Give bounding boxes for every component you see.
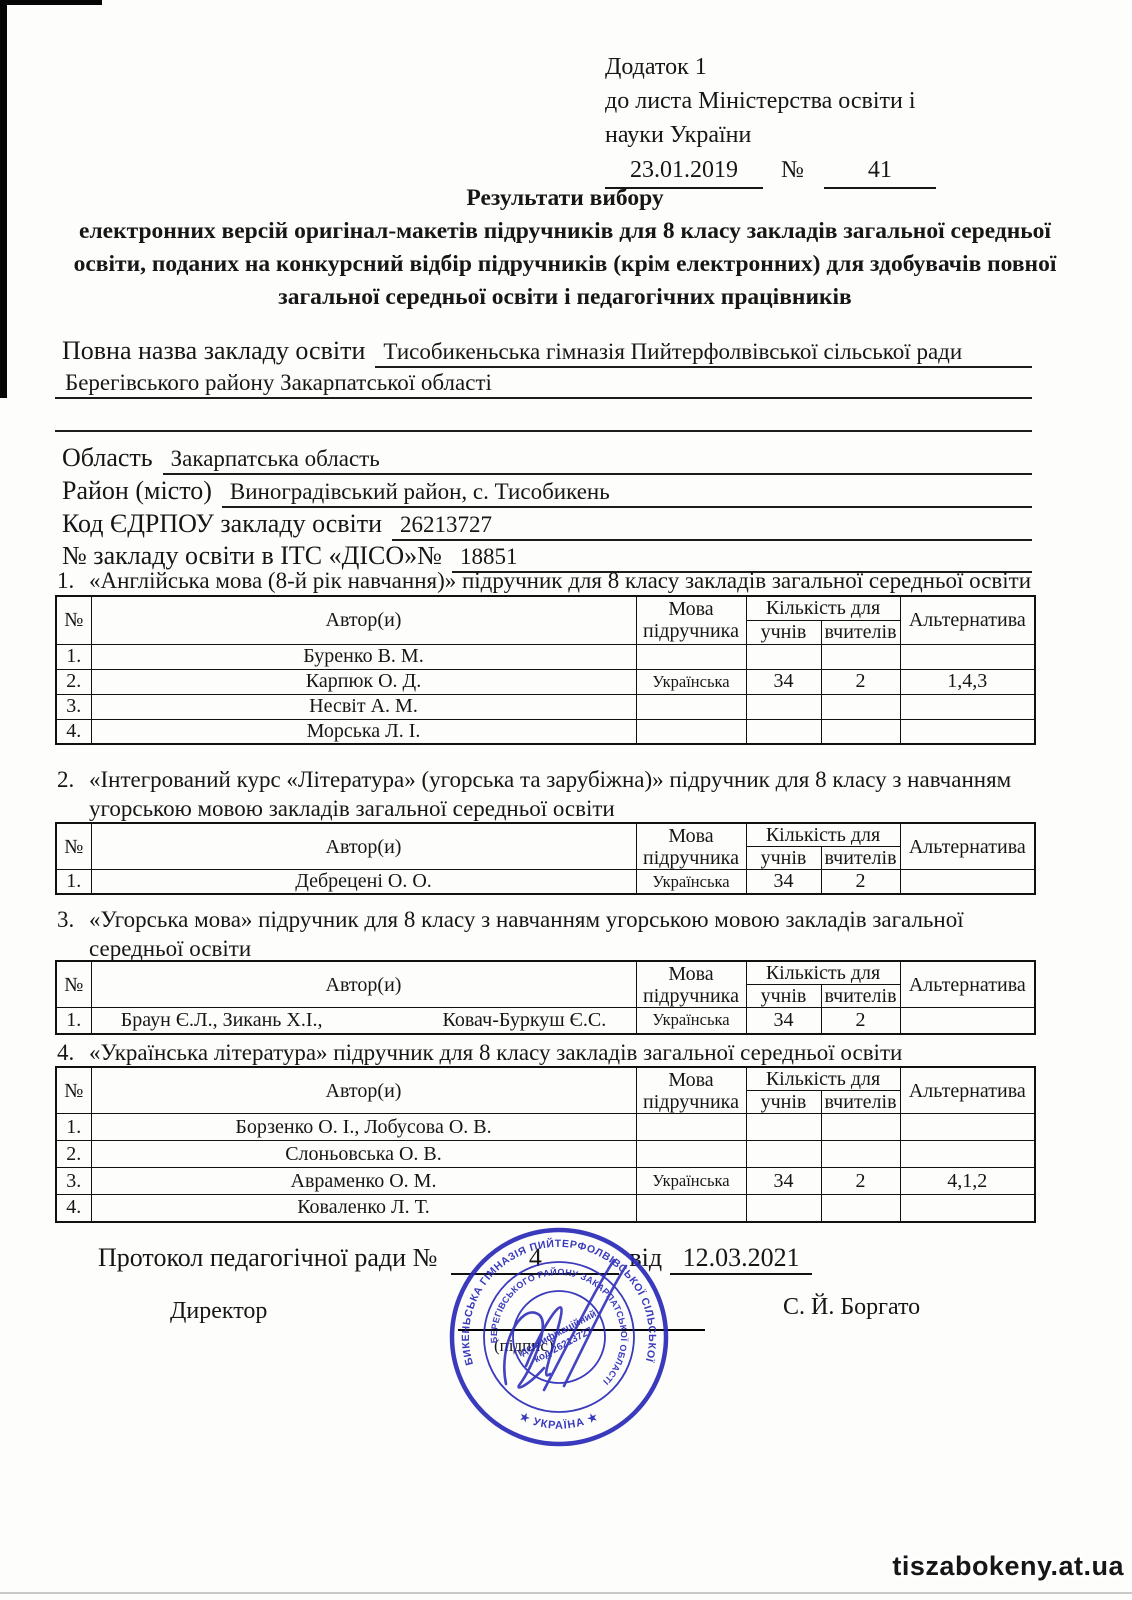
table-row: 1. Буренко В. М. (56, 644, 1035, 669)
cell-authors: Буренко В. М. (91, 644, 636, 669)
field-label-school: Повна назва закладу освіти (62, 336, 375, 366)
section-2-number: 2. (57, 765, 89, 823)
cell-students: 34 (746, 1168, 821, 1195)
scan-edge-artifact (0, 0, 7, 398)
col-header-num: № (56, 596, 91, 644)
col-header-num: № (56, 1067, 91, 1114)
protocol-date: 12.03.2021 (670, 1243, 812, 1275)
section-3-title: 3. «Угорська мова» підручник для 8 класу… (57, 905, 1047, 963)
document-title: Результати вибору електронних версій ори… (58, 182, 1072, 314)
cell-authors: Несвіт А. М. (91, 694, 636, 719)
cell-teachers: 2 (821, 870, 900, 895)
field-region: Область Закарпатська область (62, 443, 1032, 475)
table-hungarian: № Автор(и) Мова підручника Кількість для… (55, 960, 1036, 1035)
cell-authors: Борзенко О. І., Лобусова О. В. (91, 1114, 636, 1141)
col-header-alternative: Альтернатива (900, 961, 1035, 1008)
document-title-line-1: Результати вибору (58, 182, 1072, 215)
letter-header: Додаток 1 до листа Міністерства освіти і… (605, 50, 936, 189)
section-1-title: 1. «Англійська мова (8-й рік навчання)» … (57, 566, 1047, 595)
col-header-count-for: Кількість для (746, 961, 900, 985)
cell-authors: Карпюк О. Д. (91, 669, 636, 694)
cell-authors-part1: Браун Є.Л., Зикань Х.І., (121, 1009, 323, 1031)
section-3-number: 3. (57, 905, 89, 963)
header-line-2: до листа Міністерства освіти і (605, 84, 936, 118)
field-label-edrpou: Код ЄДРПОУ закладу освіти (62, 509, 392, 539)
table-english: № Автор(и) Мова підручника Кількість для… (55, 595, 1036, 745)
cell-alternative (900, 1141, 1035, 1168)
scanned-document-page: Додаток 1 до листа Міністерства освіти і… (0, 0, 1132, 1600)
cell-teachers: 2 (821, 1168, 900, 1195)
cell-language: Українська (636, 669, 746, 694)
field-school-name: Повна назва закладу освіти Тисобикеньськ… (62, 336, 1032, 368)
col-header-count-for: Кількість для (746, 596, 900, 620)
field-label-district: Район (місто) (62, 476, 222, 506)
col-header-alternative: Альтернатива (900, 823, 1035, 870)
cell-students (746, 644, 821, 669)
col-header-teachers: вчителів (821, 847, 900, 870)
field-value-district: Виноградівський район, с. Тисобикень (222, 479, 1032, 508)
document-title-body: електронних версій оригінал-макетів підр… (58, 215, 1072, 314)
cell-teachers (821, 1114, 900, 1141)
field-label-region: Область (62, 443, 163, 473)
col-header-alternative: Альтернатива (900, 596, 1035, 644)
cell-num: 2. (56, 1141, 91, 1168)
scan-bottom-line (0, 1592, 1132, 1594)
cell-num: 4. (56, 1195, 91, 1222)
cell-language (636, 644, 746, 669)
section-3-text: «Угорська мова» підручник для 8 класу з … (89, 905, 1047, 963)
cell-num: 1. (56, 870, 91, 895)
cell-language: Українська (636, 870, 746, 895)
col-header-num: № (56, 961, 91, 1008)
cell-students: 34 (746, 870, 821, 895)
cell-language (636, 1114, 746, 1141)
table-row: 4. Морська Л. І. (56, 719, 1035, 744)
table-literature: № Автор(и) Мова підручника Кількість для… (55, 822, 1036, 895)
cell-students: 34 (746, 1008, 821, 1034)
cell-num: 3. (56, 694, 91, 719)
col-header-count-for: Кількість для (746, 823, 900, 847)
section-4-text: «Українська література» підручник для 8 … (89, 1038, 1047, 1067)
cell-num: 1. (56, 644, 91, 669)
section-2-text: «Інтегрований курс «Література» (угорськ… (89, 765, 1047, 823)
col-header-language: Мова підручника (636, 961, 746, 1008)
site-watermark: tiszabokeny.at.ua (892, 1551, 1124, 1582)
cell-students (746, 1195, 821, 1222)
col-header-students: учнів (746, 847, 821, 870)
col-header-authors: Автор(и) (91, 596, 636, 644)
cell-language (636, 694, 746, 719)
director-name: С. Й. Боргато (783, 1294, 920, 1321)
cell-num: 1. (56, 1114, 91, 1141)
cell-students (746, 1141, 821, 1168)
table-row: 2. Слоньовська О. В. (56, 1141, 1035, 1168)
table-row: 3. Несвіт А. М. (56, 694, 1035, 719)
field-value-school-line2: Берегівського району Закарпатської облас… (55, 370, 1032, 399)
cell-language (636, 1141, 746, 1168)
cell-authors: Коваленко Л. Т. (91, 1195, 636, 1222)
cell-students: 34 (746, 669, 821, 694)
col-header-students: учнів (746, 985, 821, 1008)
col-header-students: учнів (746, 620, 821, 644)
stamp-bottom-text: ★ УКРАЇНА ★ (517, 1410, 600, 1431)
col-header-teachers: вчителів (821, 985, 900, 1008)
col-header-authors: Автор(и) (91, 1067, 636, 1114)
cell-teachers (821, 1195, 900, 1222)
cell-alternative (900, 719, 1035, 744)
col-header-teachers: вчителів (821, 1091, 900, 1114)
col-header-language: Мова підручника (636, 823, 746, 870)
field-value-edrpou: 26213727 (392, 512, 1032, 541)
section-4-title: 4. «Українська література» підручник для… (57, 1038, 1047, 1067)
official-round-stamp: ТИСОБИКЕНЬСЬКА ГІМНАЗІЯ ПИЙТЕРФОЛВІВСЬКО… (448, 1226, 670, 1448)
col-header-count-for: Кількість для (746, 1067, 900, 1091)
col-header-language: Мова підручника (636, 596, 746, 644)
cell-alternative: 1,4,3 (900, 669, 1035, 694)
field-value-region: Закарпатська область (163, 446, 1032, 475)
col-header-authors: Автор(и) (91, 823, 636, 870)
header-line-3: науки України (605, 118, 936, 152)
cell-num: 1. (56, 1008, 91, 1034)
cell-students (746, 719, 821, 744)
header-no-sign: № (781, 157, 804, 183)
cell-alternative: 4,1,2 (900, 1168, 1035, 1195)
cell-students (746, 694, 821, 719)
cell-teachers (821, 644, 900, 669)
col-header-students: учнів (746, 1091, 821, 1114)
cell-teachers: 2 (821, 1008, 900, 1034)
cell-authors: Слоньовська О. В. (91, 1141, 636, 1168)
field-value-school: Тисобикеньська гімназія Пийтерфолвівсько… (375, 339, 1032, 368)
col-header-language: Мова підручника (636, 1067, 746, 1114)
section-1-text: «Англійська мова (8-й рік навчання)» під… (89, 566, 1047, 595)
cell-teachers (821, 719, 900, 744)
svg-text:★ УКРАЇНА ★: ★ УКРАЇНА ★ (517, 1410, 600, 1431)
cell-alternative (900, 1008, 1035, 1034)
cell-language: Українська (636, 1008, 746, 1034)
cell-num: 2. (56, 669, 91, 694)
cell-language: Українська (636, 1168, 746, 1195)
header-line-1: Додаток 1 (605, 50, 936, 84)
col-header-alternative: Альтернатива (900, 1067, 1035, 1114)
section-4-number: 4. (57, 1038, 89, 1067)
col-header-authors: Автор(и) (91, 961, 636, 1008)
cell-authors: Морська Л. І. (91, 719, 636, 744)
cell-alternative (900, 644, 1035, 669)
protocol-label: Протокол педагогічної ради № (98, 1243, 437, 1273)
empty-underline (55, 404, 1032, 432)
cell-language (636, 719, 746, 744)
cell-language (636, 1195, 746, 1222)
cell-teachers (821, 694, 900, 719)
field-edrpou: Код ЄДРПОУ закладу освіти 26213727 (62, 509, 1032, 541)
table-row: 4. Коваленко Л. Т. (56, 1195, 1035, 1222)
cell-alternative (900, 870, 1035, 895)
section-1-number: 1. (57, 566, 89, 595)
cell-alternative (900, 694, 1035, 719)
cell-authors: Авраменко О. М. (91, 1168, 636, 1195)
scan-edge-artifact (0, 0, 102, 5)
col-header-num: № (56, 823, 91, 870)
table-ukrainian-literature: № Автор(и) Мова підручника Кількість для… (55, 1066, 1036, 1223)
cell-authors: Браун Є.Л., Зикань Х.І.,Ковач-Буркуш Є.С… (91, 1008, 636, 1034)
cell-num: 3. (56, 1168, 91, 1195)
field-school-name-line2: Берегівського району Закарпатської облас… (55, 370, 1032, 399)
cell-alternative (900, 1195, 1035, 1222)
table-row: 1. Браун Є.Л., Зикань Х.І.,Ковач-Буркуш … (56, 1008, 1035, 1034)
cell-teachers: 2 (821, 669, 900, 694)
cell-alternative (900, 1114, 1035, 1141)
cell-students (746, 1114, 821, 1141)
col-header-teachers: вчителів (821, 620, 900, 644)
section-2-title: 2. «Інтегрований курс «Література» (угор… (57, 765, 1047, 823)
table-row: 3. Авраменко О. М. Українська 34 2 4,1,2 (56, 1168, 1035, 1195)
table-row: 2. Карпюк О. Д. Українська 34 2 1,4,3 (56, 669, 1035, 694)
cell-authors: Дебрецені О. О. (91, 870, 636, 895)
cell-num: 4. (56, 719, 91, 744)
table-row: 1. Борзенко О. І., Лобусова О. В. (56, 1114, 1035, 1141)
field-district: Район (місто) Виноградівський район, с. … (62, 476, 1032, 508)
cell-teachers (821, 1141, 900, 1168)
table-row: 1. Дебрецені О. О. Українська 34 2 (56, 870, 1035, 895)
director-label: Директор (170, 1298, 267, 1325)
cell-authors-part2: Ковач-Буркуш Є.С. (443, 1009, 607, 1031)
